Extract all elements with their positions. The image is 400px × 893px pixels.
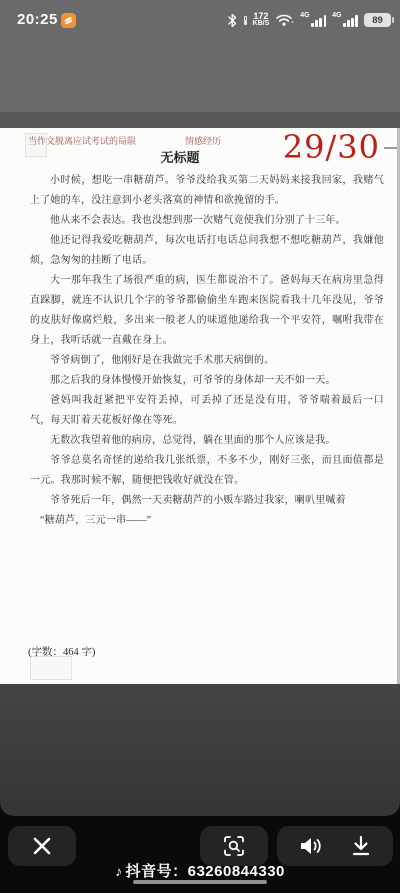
battery-nub (392, 17, 394, 23)
home-indicator[interactable] (133, 880, 267, 884)
page-artifact-box-bottom (30, 656, 72, 680)
page-number-mark: 29/30 (283, 128, 380, 166)
download-icon (350, 834, 372, 858)
essay-paragraph: 小时候，想吃一串糖葫芦。爷爷没给我买第二天妈妈来接我回家，我赌气上了她的车，没注… (30, 171, 384, 211)
douyin-id-label: ♪抖音号：63260844330 (0, 860, 400, 881)
clock: 20:25 (17, 11, 58, 28)
wifi-icon (275, 13, 294, 28)
music-note-icon: ♪ (115, 863, 123, 879)
essay-paragraph: 那之后我的身体慢慢开始恢复，可爷爷的身体却一天不如一天。 (30, 371, 384, 391)
bluetooth-battery-icon (244, 16, 247, 25)
video-backdrop-strip (0, 112, 400, 128)
annotation-dash (384, 147, 397, 149)
douyin-id-text: 抖音号：63260844330 (126, 863, 285, 880)
network-speed-unit: KB/S (253, 20, 270, 28)
video-panel-lower (0, 684, 400, 816)
cell-signal-type: 4G (332, 12, 341, 19)
bluetooth-icon (226, 13, 238, 28)
essay-paragraph: “糖葫芦，三元一串——” (30, 511, 384, 531)
network-speed: 172 KB/S (253, 12, 270, 28)
essay-paragraph: 爷爷总莫名奇怪的递给我几张纸票，不多不少，刚好三张，而且面值都是一元。我那时候不… (30, 451, 384, 491)
network-speed-value: 172 (253, 12, 268, 20)
status-bar: 20:25 172 KB/S 4G 4G 89 (0, 0, 400, 40)
cell-signal-secondary: 4G (332, 14, 358, 27)
essay-page: 当作文脱离应试考试的局限 情感经历 无标题 29/30 小时候，想吃一串糖葫芦。… (0, 128, 400, 684)
essay-paragraph: 大一那年我生了场很严重的病，医生都说治不了。爸妈每天在病房里急得直跺脚，就连不认… (30, 271, 384, 351)
essay-paragraph: 爷爷死后一年，偶然一天卖糖葫芦的小贩车路过我家，喇叭里喊着 (30, 491, 384, 511)
red-annotation-center: 情感经历 (185, 134, 221, 147)
cell-signal-primary: 4G (300, 14, 326, 27)
download-button[interactable] (350, 834, 372, 858)
speaker-icon (298, 834, 324, 858)
volume-button[interactable] (298, 834, 324, 858)
essay-paragraph: 无数次我望着他的病房，总觉得，躺在里面的那个人应该是我。 (30, 431, 384, 451)
red-annotation-left: 当作文脱离应试考试的局限 (28, 134, 136, 147)
scan-search-icon (221, 833, 247, 859)
statusbar-app-icon (61, 13, 76, 28)
battery-percent: 89 (372, 15, 383, 26)
statusbar-right-cluster: 172 KB/S 4G 4G 89 (226, 10, 391, 30)
cell-signal-type: 4G (300, 12, 309, 19)
essay-paragraph: 爸妈叫我赶紧把平安符丢掉，可丢掉了还是没有用，爷爷喘着最后一口气，每天盯着天花板… (30, 391, 384, 431)
essay-paragraph: 他还记得我爱吃糖葫芦，每次电话打电话总问我想不想吃糖葫芦，我嫌他烦，急匆匆的挂断… (30, 231, 384, 271)
essay-paragraph: 他从来不会表达。我也没想到那一次赌气竟使我们分别了十三年。 (30, 211, 384, 231)
close-icon (31, 835, 53, 857)
double-slash-icon (63, 15, 74, 26)
essay-body: 小时候，想吃一串糖葫芦。爷爷没给我买第二天妈妈来接我回家，我赌气上了她的车，没注… (30, 171, 384, 531)
essay-paragraph: 爷爷病倒了，他刚好是在我做完手术那天病倒的。 (30, 351, 384, 371)
word-count: (字数：464 字) (28, 644, 95, 659)
battery-indicator: 89 (364, 13, 391, 27)
